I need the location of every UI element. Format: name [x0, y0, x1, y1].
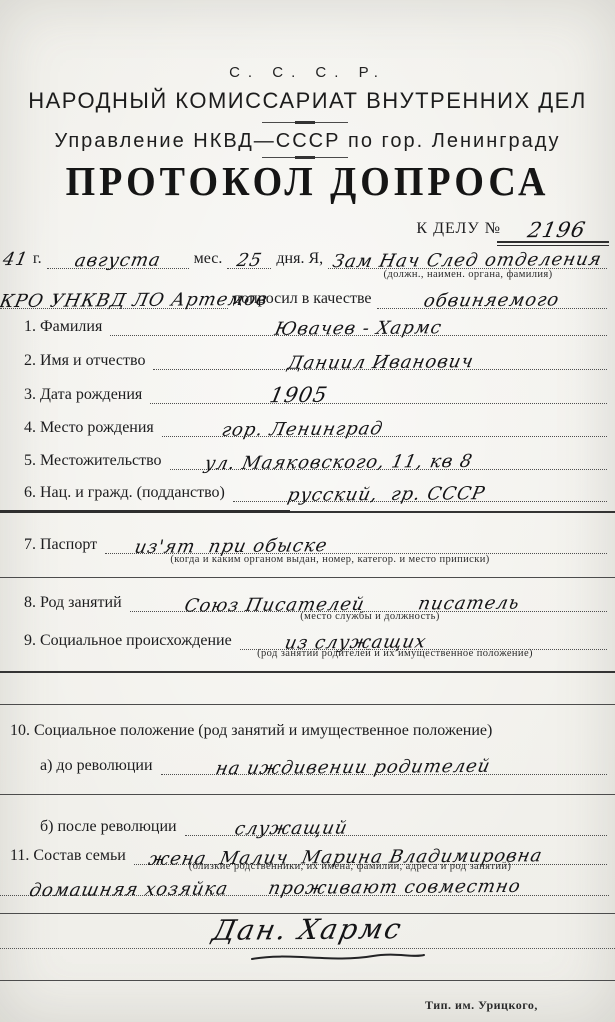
field-passport: 7. Паспорт из'ят при обыске	[24, 530, 607, 554]
blank-ruled-line	[0, 671, 615, 673]
field-label: 7. Паспорт	[24, 536, 105, 554]
field-value: на иждивении родителей	[213, 758, 491, 778]
day-value: 25	[235, 252, 264, 270]
field-before-revolution: а) до революции на иждивении родителей	[40, 751, 607, 775]
field-occupation: 8. Род занятий Союз Писателей писатель	[24, 588, 607, 612]
field-label: а) до революции	[40, 757, 161, 775]
blank-ruled-line	[0, 794, 615, 795]
field-social-origin: 9. Социальное происхождение из служащих	[24, 626, 607, 650]
field-label: 6. Нац. и гражд. (подданство)	[24, 484, 233, 502]
signature-value: Дан. Хармс	[210, 915, 405, 945]
field-birth-place: 4. Место рождения гор. Ленинград	[24, 413, 607, 437]
blank-ruled-line	[0, 980, 615, 981]
field-label: 3. Дата рождения	[24, 386, 150, 404]
field-label: б) после революции	[40, 818, 185, 836]
passport-hint: (когда и каким органом выдан, номер, кат…	[110, 554, 550, 565]
social-origin-hint: (род занятий родителей и их имущественно…	[190, 648, 600, 659]
preamble-org-row: КРО УНКВД ЛО Артемов допросил в качестве…	[6, 283, 607, 309]
field-value: русский, гр. СССР	[286, 485, 487, 505]
day-label: дня. Я,	[271, 250, 328, 269]
field-label: 11. Состав семьи	[10, 847, 134, 865]
field-value: Даниил Иванович	[285, 353, 474, 373]
family-hint: (близкие родственники, их имена, фамилии…	[130, 861, 570, 872]
printer-mark: Тип. им. Урицкого,	[425, 998, 538, 1013]
field-name-patronymic: 2. Имя и отчество Даниил Иванович	[24, 346, 607, 370]
field-label: 4. Место рождения	[24, 419, 162, 437]
country-heading: С. С. С. Р.	[0, 64, 615, 81]
signature-ruled-line	[0, 948, 615, 949]
field-value: служащий	[233, 820, 349, 839]
role-value: обвиняемого	[422, 291, 561, 310]
case-number-block: К ДЕЛУ № 2196	[416, 216, 609, 238]
occupation-hint: (место службы и должность)	[235, 611, 505, 622]
interrogation-protocol-page: С. С. С. Р. НАРОДНЫЙ КОМИССАРИАТ ВНУТРЕН…	[0, 0, 615, 1022]
field-label: 8. Род занятий	[24, 594, 130, 612]
field-social-position-label: 10. Социальное положение (род занятий и …	[10, 722, 492, 740]
commissariat-heading: НАРОДНЫЙ КОМИССАРИАТ ВНУТРЕННИХ ДЕЛ	[0, 88, 615, 114]
field-surname: 1. Фамилия Ювачев - Хармс	[24, 312, 607, 336]
field-value: Ювачев - Хармс	[273, 319, 444, 338]
month-label: мес.	[189, 250, 228, 269]
signature-flourish	[248, 950, 428, 964]
case-number-label: К ДЕЛУ №	[416, 220, 505, 238]
field-value: ул. Маяковского, 11, кв 8	[202, 453, 473, 473]
divider-ornament-icon	[262, 120, 348, 125]
field-label: 5. Местожительство	[24, 452, 170, 470]
field-birth-date: 3. Дата рождения 1905	[24, 380, 607, 404]
interrogator-org-value: КРО УНКВД ЛО Артемов	[0, 291, 269, 311]
section-divider	[0, 510, 290, 513]
document-title: ПРОТОКОЛ ДОПРОСА	[0, 158, 615, 206]
field-label: 2. Имя и отчество	[24, 352, 153, 370]
field-residence: 5. Местожительство ул. Маяковского, 11, …	[24, 446, 607, 470]
interrogator-position-hint: (должн., наимен. органа, фамилия)	[330, 269, 606, 280]
month-value: августа	[73, 252, 162, 271]
year-label: г.	[28, 250, 47, 269]
blank-ruled-line	[0, 704, 615, 705]
field-label: 1. Фамилия	[24, 318, 110, 336]
department-heading: Управление НКВД—СССР по гор. Ленинграду	[0, 130, 615, 153]
year-value: 41	[1, 251, 30, 269]
field-nationality: 6. Нац. и гражд. (подданство) русский, г…	[24, 478, 607, 502]
field-family-line2: домашняя хозяйка проживают совместно	[0, 872, 609, 896]
preamble-date-row: 41 г. августа мес. 25 дня. Я, Зам Нач Сл…	[6, 243, 607, 269]
section-divider	[0, 577, 615, 578]
case-number-value: 2196	[526, 220, 588, 242]
signature-block: Дан. Хармс	[0, 916, 615, 944]
field-value: гор. Ленинград	[220, 420, 385, 439]
field-value: 1905	[268, 385, 330, 407]
field-after-revolution: б) после революции служащий	[40, 812, 607, 836]
field-value: домашняя хозяйка проживают совместно	[28, 878, 523, 900]
